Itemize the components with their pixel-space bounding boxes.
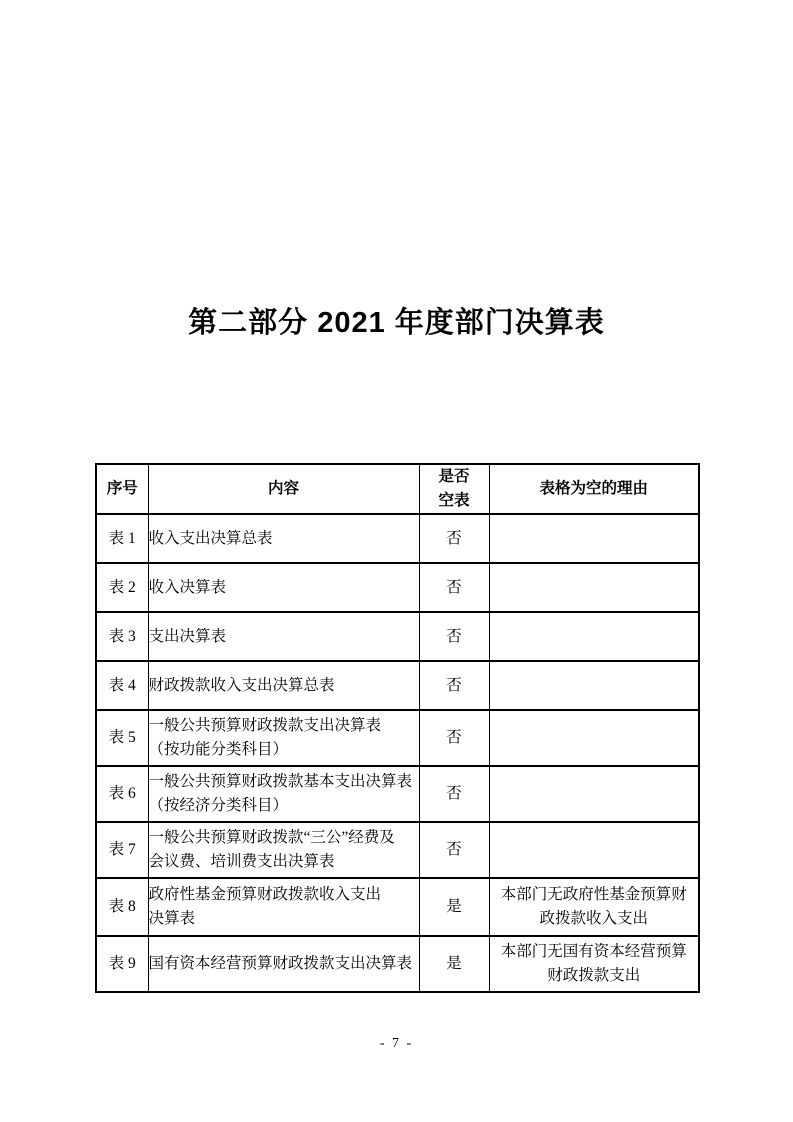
table-row: 表 7 一般公共预算财政拨款“三公”经费及 会议费、培训费支出决算表 否 [96, 822, 699, 878]
row-content: 一般公共预算财政拨款“三公”经费及 会议费、培训费支出决算表 [148, 822, 419, 878]
row-empty-reason [489, 612, 699, 661]
page-title: 第二部分 2021 年度部门决算表 [0, 300, 793, 341]
row-empty-reason [489, 710, 699, 766]
document-page: 第二部分 2021 年度部门决算表 序号 内容 是否 空表 表格为空的理由 表 … [0, 0, 793, 1122]
row-seq: 表 3 [96, 612, 148, 661]
col-header-is-empty: 是否 空表 [419, 464, 489, 514]
row-is-empty: 否 [419, 612, 489, 661]
table-header-row: 序号 内容 是否 空表 表格为空的理由 [96, 464, 699, 514]
table-row: 表 1 收入支出决算总表 否 [96, 514, 699, 563]
row-content: 支出决算表 [148, 612, 419, 661]
row-is-empty: 否 [419, 514, 489, 563]
col-header-seq: 序号 [96, 464, 148, 514]
row-is-empty: 否 [419, 563, 489, 612]
row-seq: 表 5 [96, 710, 148, 766]
row-empty-reason [489, 766, 699, 822]
table-row: 表 4 财政拨款收入支出决算总表 否 [96, 661, 699, 710]
row-content: 收入支出决算总表 [148, 514, 419, 563]
row-content: 收入决算表 [148, 563, 419, 612]
row-empty-reason: 本部门无政府性基金预算财 政拨款收入支出 [489, 878, 699, 936]
row-seq: 表 8 [96, 878, 148, 936]
table-row: 表 6 一般公共预算财政拨款基本支出决算表 （按经济分类科目） 否 [96, 766, 699, 822]
table-row: 表 2 收入决算表 否 [96, 563, 699, 612]
row-seq: 表 1 [96, 514, 148, 563]
row-empty-reason [489, 822, 699, 878]
row-seq: 表 6 [96, 766, 148, 822]
row-content: 政府性基金预算财政拨款收入支出 决算表 [148, 878, 419, 936]
page-number: - 7 - [0, 1036, 793, 1052]
row-is-empty: 是 [419, 936, 489, 992]
table-row: 表 9 国有资本经营预算财政拨款支出决算表 是 本部门无国有资本经营预算 财政拨… [96, 936, 699, 992]
col-header-empty-reason: 表格为空的理由 [489, 464, 699, 514]
row-seq: 表 2 [96, 563, 148, 612]
table-row: 表 3 支出决算表 否 [96, 612, 699, 661]
row-content: 国有资本经营预算财政拨款支出决算表 [148, 936, 419, 992]
row-empty-reason [489, 563, 699, 612]
row-content: 财政拨款收入支出决算总表 [148, 661, 419, 710]
row-content: 一般公共预算财政拨款基本支出决算表 （按经济分类科目） [148, 766, 419, 822]
table-row: 表 5 一般公共预算财政拨款支出决算表 （按功能分类科目） 否 [96, 710, 699, 766]
row-seq: 表 7 [96, 822, 148, 878]
row-seq: 表 9 [96, 936, 148, 992]
row-is-empty: 否 [419, 661, 489, 710]
row-is-empty: 是 [419, 878, 489, 936]
row-content: 一般公共预算财政拨款支出决算表 （按功能分类科目） [148, 710, 419, 766]
tables-index-table: 序号 内容 是否 空表 表格为空的理由 表 1 收入支出决算总表 否 表 2 收… [95, 463, 700, 993]
row-empty-reason: 本部门无国有资本经营预算 财政拨款支出 [489, 936, 699, 992]
col-header-content: 内容 [148, 464, 419, 514]
row-is-empty: 否 [419, 766, 489, 822]
row-is-empty: 否 [419, 822, 489, 878]
row-is-empty: 否 [419, 710, 489, 766]
row-seq: 表 4 [96, 661, 148, 710]
row-empty-reason [489, 661, 699, 710]
table-row: 表 8 政府性基金预算财政拨款收入支出 决算表 是 本部门无政府性基金预算财 政… [96, 878, 699, 936]
row-empty-reason [489, 514, 699, 563]
